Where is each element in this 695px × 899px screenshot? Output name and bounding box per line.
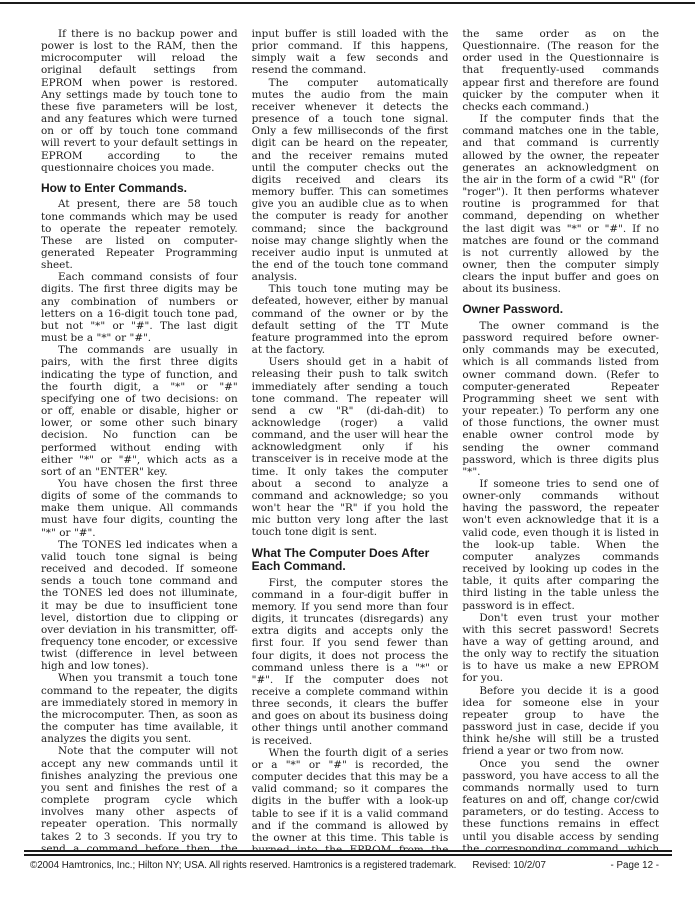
- paragraph-continuation: the same order as on the Questionnaire. …: [462, 28, 659, 113]
- paragraph: When you transmit a touch tone command t…: [41, 672, 238, 745]
- paragraph: This touch tone muting may be defeated, …: [252, 283, 449, 356]
- paragraph: If someone tries to send one of owner-on…: [462, 478, 659, 612]
- paragraph: Note that the computer will not accept a…: [41, 745, 238, 850]
- footer-double-rule: [24, 850, 672, 856]
- column-middle: input buffer is still loaded with the pr…: [252, 28, 449, 850]
- column-left: If there is no backup power and power is…: [41, 28, 238, 850]
- footer-copyright: ©2004 Hamtronics, Inc.; Hilton NY; USA. …: [30, 860, 456, 871]
- paragraph: The commands are usually in pairs, with …: [41, 344, 238, 478]
- paragraph: First, the computer stores the command i…: [252, 577, 449, 747]
- paragraph: The TONES led indicates when a valid tou…: [41, 539, 238, 673]
- paragraph: At present, there are 58 touch tone comm…: [41, 198, 238, 271]
- paragraph: You have chosen the first three digits o…: [41, 478, 238, 539]
- paragraph: Don't even trust your mother with this s…: [462, 612, 659, 685]
- paragraph: If the computer finds that the command m…: [462, 113, 659, 295]
- section-heading-what-the-computer-does: What The Computer Does After Each Comman…: [252, 547, 449, 574]
- paragraph: Each command consists of four digits. Th…: [41, 271, 238, 344]
- paragraph-continuation: input buffer is still loaded with the pr…: [252, 28, 449, 77]
- section-heading-owner-password: Owner Password.: [462, 303, 659, 317]
- paragraph: When the fourth digit of a series or a "…: [252, 747, 449, 850]
- footer-revised-date: Revised: 10/2/07: [472, 860, 546, 871]
- paragraph: The owner command is the password requir…: [462, 320, 659, 478]
- paragraph: If there is no backup power and power is…: [41, 28, 238, 174]
- paragraph: Before you decide it is a good idea for …: [462, 685, 659, 758]
- column-right: the same order as on the Questionnaire. …: [462, 28, 659, 850]
- section-heading-how-to-enter-commands: How to Enter Commands.: [41, 182, 238, 196]
- top-border-rule: [0, 2, 695, 4]
- footer-page-number: - Page 12 -: [611, 860, 659, 871]
- three-column-text-body: If there is no backup power and power is…: [41, 28, 659, 850]
- paragraph: Users should get in a habit of releasing…: [252, 356, 449, 538]
- page-footer: ©2004 Hamtronics, Inc.; Hilton NY; USA. …: [30, 860, 659, 871]
- paragraph: Once you send the owner password, you ha…: [462, 758, 659, 850]
- paragraph: The computer automatically mutes the aud…: [252, 77, 449, 284]
